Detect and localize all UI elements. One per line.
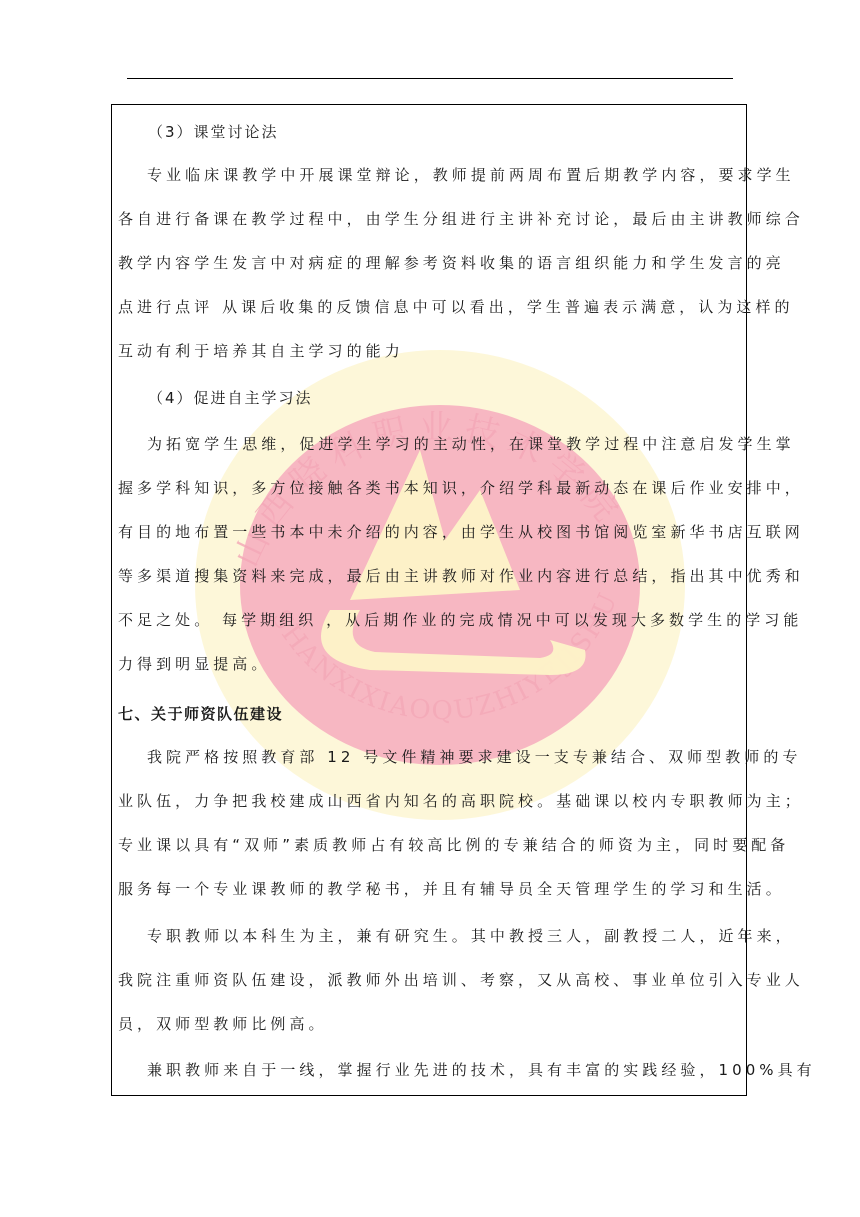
document-table-cell: （3）课堂讨论法 专业临床课教学中开展课堂辩论，教师提前两周布置后期教学内容，要…: [111, 104, 747, 1096]
paragraph-line: 我院严格按照教育部 12 号文件精神要求建设一支专兼结合、双师型教师的专: [147, 748, 801, 766]
paragraph-line: 兼职教师来自于一线，掌握行业先进的技术，具有丰富的实践经验，100%具有: [147, 1061, 816, 1079]
page-header-rule: [127, 78, 733, 79]
subsection-title: （3）课堂讨论法: [148, 123, 279, 141]
paragraph-line: 各自进行备课在教学过程中，由学生分组进行主讲补充讨论，最后由主讲教师综合: [118, 210, 804, 228]
paragraph-line: 我院注重师资队伍建设，派教师外出培训、考察，又从高校、事业单位引入专业人: [118, 971, 804, 989]
paragraph-line: 业队伍，力争把我校建成山西省内知名的高职院校。基础课以校内专职教师为主；: [118, 792, 804, 810]
paragraph-line: 有目的地布置一些书本中未介绍的内容，由学生从校图书馆阅览室新华书店互联网: [118, 523, 804, 541]
paragraph-line: 专业课以具有“双师”素质教师占有较高比例的专兼结合的师资为主，同时要配备: [118, 836, 789, 854]
section-heading: 七、关于师资队伍建设: [118, 705, 283, 723]
paragraph-line: 专业临床课教学中开展课堂辩论，教师提前两周布置后期教学内容，要求学生: [147, 166, 795, 184]
paragraph-line: 教学内容学生发言中对病症的理解参考资料收集的语言组织能力和学生发言的亮: [118, 254, 785, 272]
paragraph-line: 点进行点评 从课后收集的反馈信息中可以看出，学生普遍表示满意，认为这样的: [118, 298, 794, 316]
paragraph-line: 不足之处。 每学期组织 ，从后期作业的完成情况中可以发现大多数学生的学习能: [118, 611, 802, 629]
paragraph-line: 互动有利于培养其自主学习的能力: [118, 342, 404, 360]
paragraph-line: 服务每一个专业课教师的教学秘书，并且有辅导员全天管理学生的学习和生活。: [118, 880, 785, 898]
paragraph-line: 等多渠道搜集资料来完成，最后由主讲教师对作业内容进行总结，指出其中优秀和: [118, 567, 804, 585]
paragraph-line: 为拓宽学生思维，促进学生学习的主动性，在课堂教学过程中注意启发学生掌: [147, 435, 795, 453]
paragraph-line: 力得到明显提高。: [118, 655, 270, 673]
paragraph-line: 专职教师以本科生为主，兼有研究生。其中教授三人，副教授二人，近年来，: [147, 927, 795, 945]
paragraph-line: 握多学科知识，多方位接触各类书本知识，介绍学科最新动态在课后作业安排中，: [118, 479, 804, 497]
paragraph-line: 员，双师型教师比例高。: [118, 1015, 328, 1033]
subsection-title: （4）促进自主学习法: [148, 389, 313, 407]
